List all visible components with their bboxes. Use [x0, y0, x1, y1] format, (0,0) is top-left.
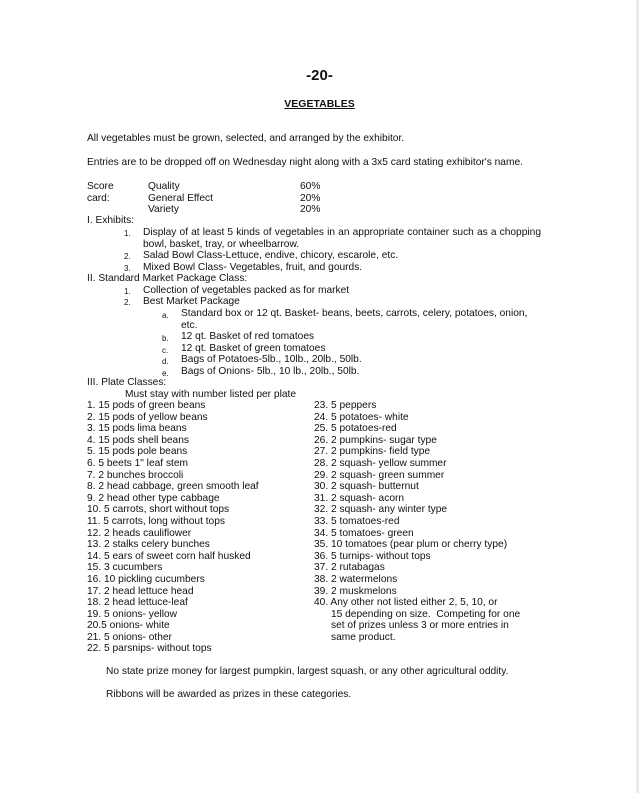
- plate-item: 2. 15 pods of yellow beans: [87, 412, 259, 424]
- plate-item: 32. 2 squash- any winter type: [314, 504, 520, 516]
- plate-item: 21. 5 onions- other: [87, 632, 259, 644]
- plate-item: 24. 5 potatoes- white: [314, 412, 520, 424]
- plate-item: same product.: [314, 632, 520, 644]
- plate-item: 31. 2 squash- acorn: [314, 493, 520, 505]
- plate-item: 27. 2 pumpkins- field type: [314, 446, 520, 458]
- plate-item: 26. 2 pumpkins- sugar type: [314, 435, 520, 447]
- plate-item: 23. 5 peppers: [314, 400, 520, 412]
- plate-item: 40. Any other not listed either 2, 5, 10…: [314, 597, 520, 609]
- intro-paragraph: Entries are to be dropped off on Wednesd…: [87, 157, 523, 169]
- plate-subheading: Must stay with number listed per plate: [125, 389, 296, 401]
- plate-item: 16. 10 pickling cucumbers: [87, 574, 259, 586]
- plate-item: 13. 2 stalks celery bunches: [87, 539, 259, 551]
- plate-item: 14. 5 ears of sweet corn half husked: [87, 551, 259, 563]
- plate-item: 34. 5 tomatoes- green: [314, 528, 520, 540]
- plate-item: 12. 2 heads cauliflower: [87, 528, 259, 540]
- plate-item: 1. 15 pods of green beans: [87, 400, 259, 412]
- list-letter: d.: [162, 356, 169, 368]
- plate-item: 7. 2 bunches broccoli: [87, 470, 259, 482]
- plate-item: 6. 5 beets 1" leaf stem: [87, 458, 259, 470]
- page-number: -20-: [0, 67, 639, 85]
- list-number: 1.: [124, 286, 131, 298]
- plate-item: 30. 2 squash- butternut: [314, 481, 520, 493]
- footer-note: Ribbons will be awarded as prizes in the…: [106, 689, 351, 701]
- list-item: Display of at least 5 kinds of vegetable…: [143, 227, 541, 250]
- plate-item: 29. 2 squash- green summer: [314, 470, 520, 482]
- plate-item: 25. 5 potatoes-red: [314, 423, 520, 435]
- list-number: 1.: [124, 228, 131, 240]
- plate-item: 15. 3 cucumbers: [87, 562, 259, 574]
- list-letter: b.: [162, 333, 169, 345]
- score-row: Quality60%: [148, 181, 180, 193]
- plate-item: 22. 5 parsnips- without tops: [87, 643, 259, 655]
- list-number: 2.: [124, 297, 131, 309]
- plate-item: 3. 15 pods lima beans: [87, 423, 259, 435]
- plate-item: 37. 2 rutabagas: [314, 562, 520, 574]
- list-letter: c.: [162, 345, 168, 357]
- list-item: Best Market Package: [143, 296, 240, 308]
- list-item: Bags of Onions- 5lb., 10 lb., 20lb., 50l…: [181, 366, 359, 378]
- score-row: Variety20%: [148, 204, 179, 216]
- plate-item: 8. 2 head cabbage, green smooth leaf: [87, 481, 259, 493]
- footer-note: No state prize money for largest pumpkin…: [106, 666, 508, 678]
- plate-item: 9. 2 head other type cabbage: [87, 493, 259, 505]
- plate-item: 17. 2 head lettuce head: [87, 586, 259, 598]
- plate-item: 18. 2 head lettuce-leaf: [87, 597, 259, 609]
- section-heading-plate: III. Plate Classes:: [87, 377, 166, 389]
- list-item: 12 qt. Basket of red tomatoes: [181, 331, 314, 343]
- page-title: VEGETABLES: [0, 99, 639, 111]
- list-item: Collection of vegetables packed as for m…: [143, 285, 349, 297]
- plate-item: 33. 5 tomatoes-red: [314, 516, 520, 528]
- plate-item: 15 depending on size. Competing for one: [314, 609, 520, 621]
- plate-item: set of prizes unless 3 or more entries i…: [314, 620, 520, 632]
- plate-list-right: 23. 5 peppers24. 5 potatoes- white25. 5 …: [314, 400, 520, 643]
- plate-item: 19. 5 onions- yellow: [87, 609, 259, 621]
- list-item: Salad Bowl Class-Lettuce, endive, chicor…: [143, 250, 398, 262]
- section-heading-market: II. Standard Market Package Class:: [87, 273, 247, 285]
- plate-item: 11. 5 carrots, long without tops: [87, 516, 259, 528]
- plate-item: 36. 5 turnips- without tops: [314, 551, 520, 563]
- score-row: General Effect20%: [148, 193, 213, 205]
- plate-item: 28. 2 squash- yellow summer: [314, 458, 520, 470]
- intro-paragraph: All vegetables must be grown, selected, …: [87, 133, 404, 145]
- plate-item: 20.5 onions- white: [87, 620, 259, 632]
- plate-item: 38. 2 watermelons: [314, 574, 520, 586]
- list-item: Mixed Bowl Class- Vegetables, fruit, and…: [143, 262, 362, 274]
- list-letter: a.: [162, 310, 169, 322]
- plate-list-left: 1. 15 pods of green beans2. 15 pods of y…: [87, 400, 259, 655]
- list-item: Standard box or 12 qt. Basket- beans, be…: [181, 308, 541, 331]
- list-item: 12 qt. Basket of green tomatoes: [181, 343, 325, 355]
- plate-item: 4. 15 pods shell beans: [87, 435, 259, 447]
- plate-item: 10. 5 carrots, short without tops: [87, 504, 259, 516]
- list-number: 2.: [124, 251, 131, 263]
- section-heading-exhibits: I. Exhibits:: [87, 215, 134, 227]
- score-card-label: Score card:: [87, 181, 114, 204]
- list-item: Bags of Potatoes-5lb., 10lb., 20lb., 50l…: [181, 354, 362, 366]
- plate-item: 5. 15 pods pole beans: [87, 446, 259, 458]
- plate-item: 39. 2 muskmelons: [314, 586, 520, 598]
- plate-item: 35. 10 tomatoes (pear plum or cherry typ…: [314, 539, 520, 551]
